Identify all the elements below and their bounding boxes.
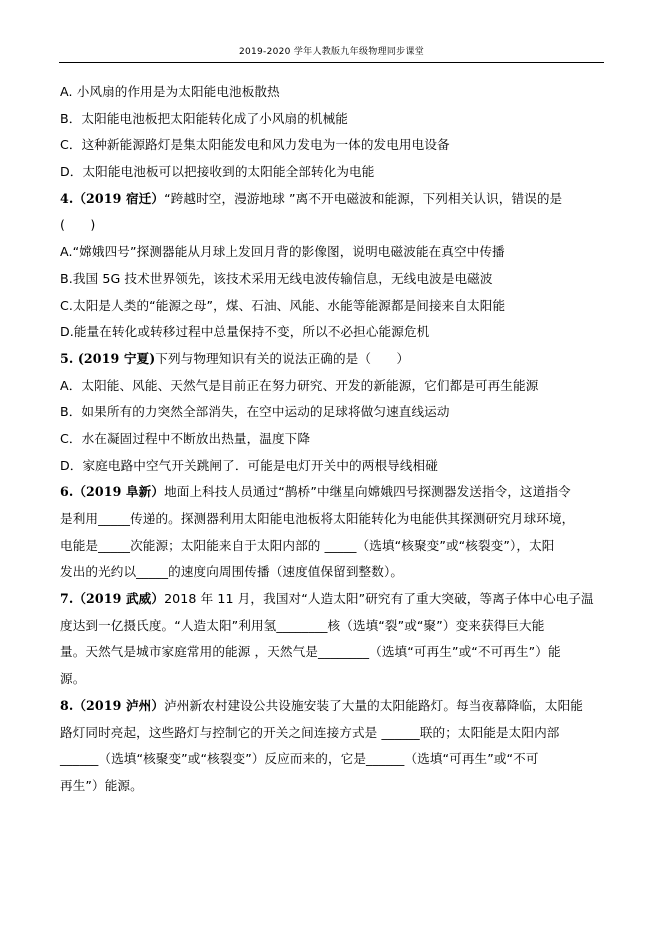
line-text: 路灯同时亮起，这些路灯与控制它的开关之间连接方式是 ______联的；太阳能是太… <box>60 725 559 740</box>
line-text: A. 小风扇的作用是为太阳能电池板散热 <box>60 84 280 99</box>
question-5-stem: 5. (2019 宁夏)下列与物理知识有关的说法正确的是（ ） <box>60 349 608 376</box>
line-text: ______（选填“核聚变”或“核裂变”）反应而来的，它是______（选填“可… <box>60 751 539 766</box>
option-line: B．太阳能电池板把太阳能转化成了小风扇的机械能 <box>60 109 608 136</box>
option-line: D.能量在转化或转移过程中总量保持不变，所以不必担心能源危机 <box>60 322 608 349</box>
option-line: C．水在凝固过程中不断放出热量，温度下降 <box>60 429 608 456</box>
question-8-line: 路灯同时亮起，这些路灯与控制它的开关之间连接方式是 ______联的；太阳能是太… <box>60 723 608 750</box>
option-line: A.“嫦娥四号”探测器能从月球上发回月背的影像图，说明电磁波能在真空中传播 <box>60 242 608 269</box>
question-6-line: 发出的光约以_____的速度向周围传播（速度值保留到整数）。 <box>60 562 608 589</box>
line-text: 度达到一亿摄氏度。“人造太阳”利用氢________核（选填“裂”或“聚”）变来… <box>60 618 544 633</box>
option-line: B．如果所有的力突然全部消失，在空中运动的足球将做匀速直线运动 <box>60 402 608 429</box>
question-4-stem: 4.（2019 宿迁）“跨越时空，漫游地球 ”离不开电磁波和能源，下列相关认识，… <box>60 189 608 216</box>
answer-parentheses: ( ) <box>60 215 608 242</box>
line-text: C．水在凝固过程中不断放出热量，温度下降 <box>60 431 310 446</box>
line-text: ( ) <box>60 217 95 232</box>
header-divider <box>59 62 604 63</box>
line-text: 泸州新农村建设公共设施安装了大量的太阳能路灯。每当夜幕降临，太阳能 <box>164 698 583 713</box>
option-line: D．家庭电路中空气开关跳闸了．可能是电灯开关中的两根导线相碰 <box>60 456 608 483</box>
line-text: 电能是_____次能源；太阳能来自于太阳内部的 _____（选填“核聚变”或“核… <box>60 538 554 553</box>
line-text: D.能量在转化或转移过程中总量保持不变，所以不必担心能源危机 <box>60 324 429 339</box>
question-number: 4.（2019 宿迁） <box>60 191 164 206</box>
line-text: A.“嫦娥四号”探测器能从月球上发回月背的影像图，说明电磁波能在真空中传播 <box>60 244 505 259</box>
line-text: “跨越时空，漫游地球 ”离不开电磁波和能源，下列相关认识，错误的是 <box>164 191 562 206</box>
question-6-line: 电能是_____次能源；太阳能来自于太阳内部的 _____（选填“核聚变”或“核… <box>60 536 608 563</box>
option-line: A. 小风扇的作用是为太阳能电池板散热 <box>60 82 608 109</box>
question-6-stem: 6.（2019 阜新）地面上科技人员通过“鹊桥”中继星向嫦娥四号探测器发送指令，… <box>60 482 608 509</box>
line-text: 下列与物理知识有关的说法正确的是（ ） <box>155 351 409 366</box>
line-text: C.太阳是人类的“能源之母”，煤、石油、风能、水能等能源都是间接来自太阳能 <box>60 298 505 313</box>
line-text: 发出的光约以_____的速度向周围传播（速度值保留到整数）。 <box>60 564 403 579</box>
question-7-line: 量。天然气是城市家庭常用的能源 ，天然气是________（选填“可再生”或“不… <box>60 642 608 669</box>
line-text: 源。 <box>60 671 85 686</box>
question-7-line: 度达到一亿摄氏度。“人造太阳”利用氢________核（选填“裂”或“聚”）变来… <box>60 616 608 643</box>
option-line: A．太阳能、风能、天然气是目前正在努力研究、开发的新能源，它们都是可再生能源 <box>60 376 608 403</box>
line-text: 是利用_____传递的。探测器利用太阳能电池板将太阳能转化为电能供其探测研究月球… <box>60 511 574 526</box>
line-text: A．太阳能、风能、天然气是目前正在努力研究、开发的新能源，它们都是可再生能源 <box>60 378 538 393</box>
question-number: 5. (2019 宁夏) <box>60 351 155 366</box>
line-text: D．太阳能电池板可以把接收到的太阳能全部转化为电能 <box>60 164 374 179</box>
option-line: C．这种新能源路灯是集太阳能发电和风力发电为一体的发电用电设备 <box>60 135 608 162</box>
line-text: 2018 年 11 月，我国对“人造太阳”研究有了重大突破，等离子体中心电子温 <box>164 591 594 606</box>
option-line: B.我国 5G 技术世界领先，该技术采用无线电波传输信息，无线电波是电磁波 <box>60 269 608 296</box>
line-text: C．这种新能源路灯是集太阳能发电和风力发电为一体的发电用电设备 <box>60 137 450 152</box>
option-line: C.太阳是人类的“能源之母”，煤、石油、风能、水能等能源都是间接来自太阳能 <box>60 296 608 323</box>
option-line: D．太阳能电池板可以把接收到的太阳能全部转化为电能 <box>60 162 608 189</box>
line-text: D．家庭电路中空气开关跳闸了．可能是电灯开关中的两根导线相碰 <box>60 458 438 473</box>
question-number: 8.（2019 泸州） <box>60 698 164 713</box>
question-6-line: 是利用_____传递的。探测器利用太阳能电池板将太阳能转化为电能供其探测研究月球… <box>60 509 608 536</box>
page-header-title: 2019-2020 学年人教版九年级物理同步课堂 <box>59 44 604 57</box>
question-8-line: 再生”）能源。 <box>60 776 608 803</box>
question-7-stem: 7.（2019 武威）2018 年 11 月，我国对“人造太阳”研究有了重大突破… <box>60 589 608 616</box>
question-number: 6.（2019 阜新） <box>60 484 164 499</box>
question-number: 7.（2019 武威） <box>60 591 164 606</box>
question-7-line: 源。 <box>60 669 608 696</box>
line-text: 量。天然气是城市家庭常用的能源 ，天然气是________（选填“可再生”或“不… <box>60 644 561 659</box>
line-text: B．如果所有的力突然全部消失，在空中运动的足球将做匀速直线运动 <box>60 404 450 419</box>
line-text: B.我国 5G 技术世界领先，该技术采用无线电波传输信息，无线电波是电磁波 <box>60 271 493 286</box>
line-text: 地面上科技人员通过“鹊桥”中继星向嫦娥四号探测器发送指令，这道指令 <box>164 484 571 499</box>
question-8-stem: 8.（2019 泸州）泸州新农村建设公共设施安装了大量的太阳能路灯。每当夜幕降临… <box>60 696 608 723</box>
question-8-line: ______（选填“核聚变”或“核裂变”）反应而来的，它是______（选填“可… <box>60 749 608 776</box>
line-text: 再生”）能源。 <box>60 778 143 793</box>
document-body: A. 小风扇的作用是为太阳能电池板散热 B．太阳能电池板把太阳能转化成了小风扇的… <box>60 82 608 803</box>
line-text: B．太阳能电池板把太阳能转化成了小风扇的机械能 <box>60 111 348 126</box>
